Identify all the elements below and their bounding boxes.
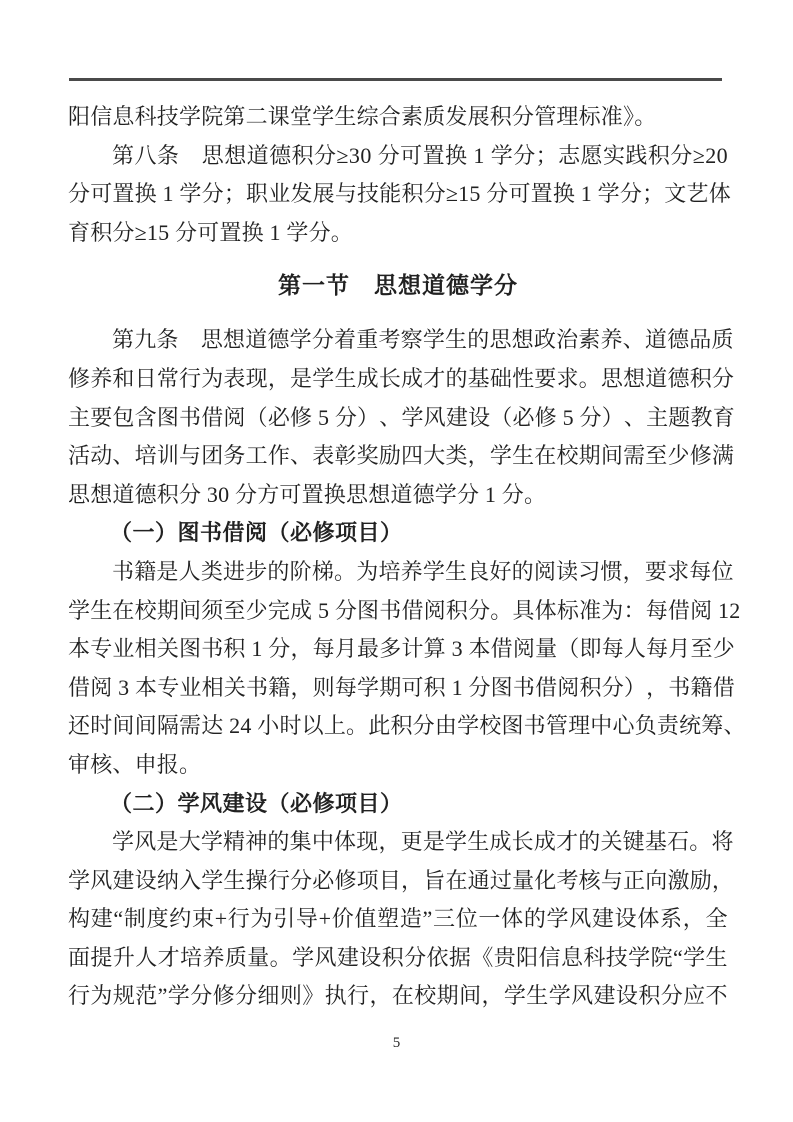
document-body: 阳信息科技学院第二课堂学生综合素质发展积分管理标准》。 第八条 思想道德积分≥3… <box>68 98 728 1016</box>
section-heading: 第一节 思想道德学分 <box>68 266 728 305</box>
subsection-heading: （一）图书借阅（必修项目） <box>68 514 728 553</box>
body-text-line: 构建“制度约束+行为引导+价值塑造”三位一体的学风建设体系，全 <box>68 900 728 939</box>
body-text-line: 借阅 3 本专业相关书籍，则每学期可积 1 分图书借阅积分），书籍借 <box>68 669 728 708</box>
body-text-line: 第九条 思想道德学分着重考察学生的思想政治素养、道德品质 <box>68 321 728 360</box>
header-rule <box>69 78 722 81</box>
body-text-line: 活动、培训与团务工作、表彰奖励四大类，学生在校期间需至少修满 <box>68 437 728 476</box>
subsection-heading: （二）学风建设（必修项目） <box>68 785 728 824</box>
body-text-line: 还时间间隔需达 24 小时以上。此积分由学校图书管理中心负责统筹、 <box>68 707 728 746</box>
body-text-line: 面提升人才培养质量。学风建设积分依据《贵阳信息科技学院“学生 <box>68 939 728 978</box>
body-text-line: 育积分≥15 分可置换 1 学分。 <box>68 214 728 253</box>
body-text-line: 阳信息科技学院第二课堂学生综合素质发展积分管理标准》。 <box>68 98 728 137</box>
page-number: 5 <box>0 1035 793 1052</box>
body-text-line: 主要包含图书借阅（必修 5 分）、学风建设（必修 5 分）、主题教育 <box>68 399 728 438</box>
body-text-line: 修养和日常行为表现，是学生成长成才的基础性要求。思想道德积分 <box>68 360 728 399</box>
body-text-line: 书籍是人类进步的阶梯。为培养学生良好的阅读习惯，要求每位 <box>68 553 728 592</box>
body-text-line: 行为规范”学分修分细则》执行，在校期间，学生学风建设积分应不 <box>68 977 728 1016</box>
document-page: 阳信息科技学院第二课堂学生综合素质发展积分管理标准》。 第八条 思想道德积分≥3… <box>0 0 793 1122</box>
body-text-line: 学生在校期间须至少完成 5 分图书借阅积分。具体标准为：每借阅 12 <box>68 592 728 631</box>
body-text-line: 分可置换 1 学分；职业发展与技能积分≥15 分可置换 1 学分；文艺体 <box>68 175 728 214</box>
body-text-line: 第八条 思想道德积分≥30 分可置换 1 学分；志愿实践积分≥20 <box>68 137 728 176</box>
body-text-line: 学风建设纳入学生操行分必修项目，旨在通过量化考核与正向激励， <box>68 862 728 901</box>
body-text-line: 思想道德积分 30 分方可置换思想道德学分 1 分。 <box>68 476 728 515</box>
body-text-line: 本专业相关图书积 1 分，每月最多计算 3 本借阅量（即每人每月至少 <box>68 630 728 669</box>
body-text-line: 审核、申报。 <box>68 746 728 785</box>
body-text-line: 学风是大学精神的集中体现，更是学生成长成才的关键基石。将 <box>68 823 728 862</box>
